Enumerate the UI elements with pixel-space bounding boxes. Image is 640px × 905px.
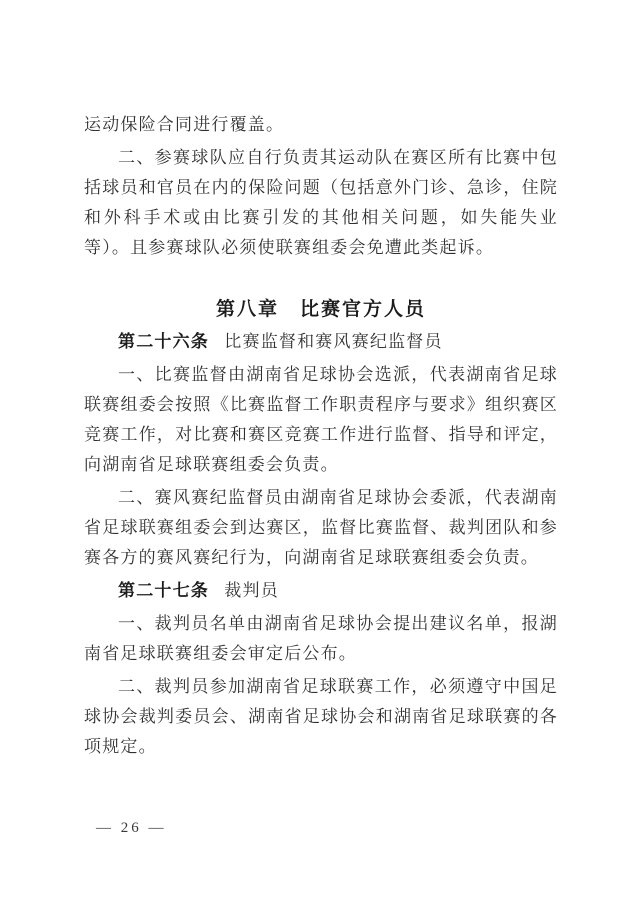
page-number: — 26 — xyxy=(96,814,167,842)
paragraph-referee-rules: 二、裁判员参加湖南省足球联赛工作，必须遵守中国足球协会裁判委员会、湖南省足球协会… xyxy=(84,672,558,762)
paragraph-insurance-responsibility: 二、参赛球队应自行负责其运动队在赛区所有比赛中包括球员和官员在内的保险问题（包括… xyxy=(84,143,558,263)
paragraph-discipline-supervisor: 二、赛风赛纪监督员由湖南省足球协会委派，代表湖南省足球联赛组委会到达赛区，监督比… xyxy=(84,483,558,573)
article-heading-26: 第二十六条比赛监督和赛风赛纪监督员 xyxy=(84,327,558,357)
article-title: 比赛监督和赛风赛纪监督员 xyxy=(224,332,442,351)
paragraph-continuation: 运动保险合同进行覆盖。 xyxy=(84,110,558,140)
article-heading-27: 第二十七条裁判员 xyxy=(84,576,558,606)
paragraph-match-commissioner: 一、比赛监督由湖南省足球协会选派，代表湖南省足球联赛组委会按照《比赛监督工作职责… xyxy=(84,360,558,480)
article-number: 第二十七条 xyxy=(118,581,209,600)
document-page: 运动保险合同进行覆盖。 二、参赛球队应自行负责其运动队在赛区所有比赛中包括球员和… xyxy=(0,0,640,905)
document-body: 运动保险合同进行覆盖。 二、参赛球队应自行负责其运动队在赛区所有比赛中包括球员和… xyxy=(84,110,558,765)
article-number: 第二十六条 xyxy=(118,332,209,351)
paragraph-referee-list: 一、裁判员名单由湖南省足球协会提出建议名单，报湖南省足球联赛组委会审定后公布。 xyxy=(84,609,558,669)
article-title: 裁判员 xyxy=(224,581,279,600)
chapter-heading: 第八章 比赛官方人员 xyxy=(84,295,558,325)
